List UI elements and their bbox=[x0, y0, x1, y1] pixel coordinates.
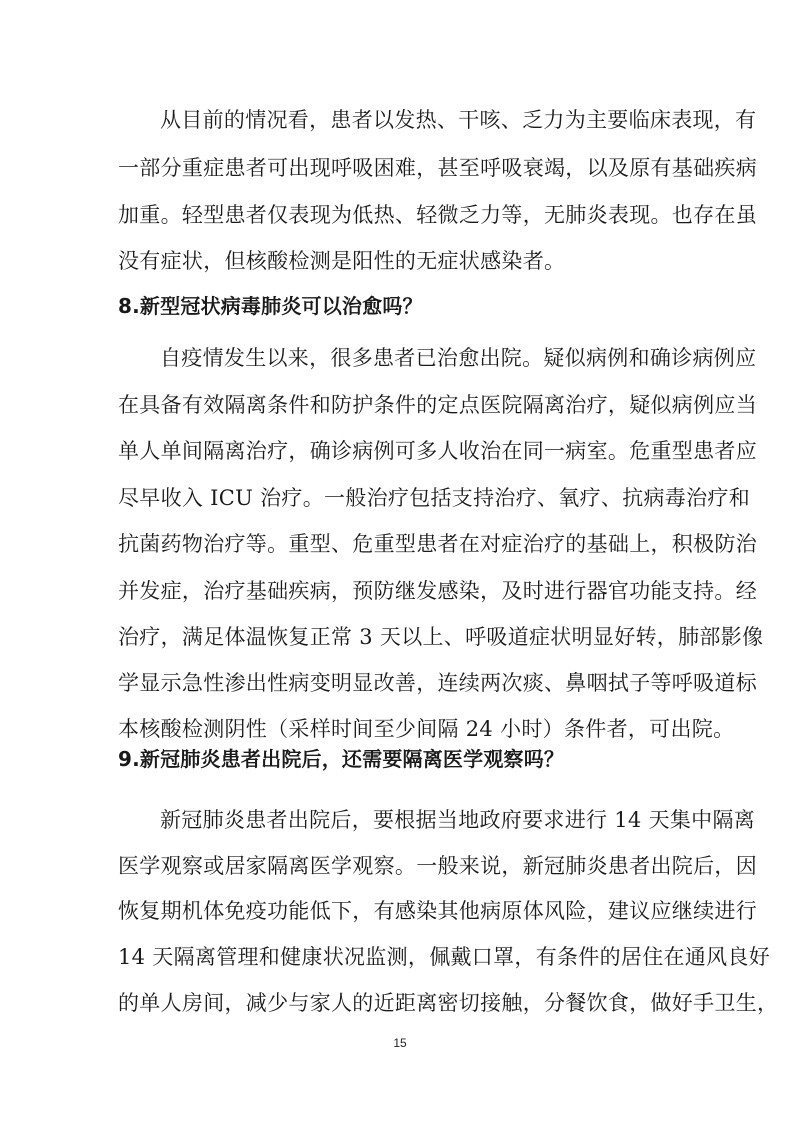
paragraph-3-line-4: 14 天隔离管理和健康状况监测，佩戴口罩，有条件的居住在通风良好 bbox=[118, 943, 770, 971]
paragraph-1-line-1: 从目前的情况看，患者以发热、干咳、乏力为主要临床表现，有 bbox=[160, 106, 756, 134]
paragraph-1-line-3: 加重。轻型患者仅表现为低热、轻微乏力等，无肺炎表现。也存在虽 bbox=[118, 201, 757, 229]
paragraph-2-line-5: 抗菌药物治疗等。重型、危重型患者在对症治疗的基础上，积极防治 bbox=[118, 530, 757, 558]
paragraph-2-line-6: 并发症，治疗基础疾病，预防继发感染，及时进行器官功能支持。经 bbox=[118, 577, 757, 605]
paragraph-3-line-1: 新冠肺炎患者出院后，要根据当地政府要求进行 14 天集中隔离 bbox=[160, 806, 755, 834]
page-number: 15 bbox=[0, 1036, 800, 1050]
section-heading-8: 8.新型冠状病毒肺炎可以治愈吗？ bbox=[118, 292, 423, 320]
paragraph-2-line-7: 治疗，满足体温恢复正常 3 天以上、呼吸道症状明显好转，肺部影像 bbox=[118, 623, 763, 651]
paragraph-3-line-2: 医学观察或居家隔离医学观察。一般来说，新冠肺炎患者出院后，因 bbox=[118, 852, 757, 880]
paragraph-2-line-8: 学显示急性渗出性病变明显改善，连续两次痰、鼻咽拭子等呼吸道标 bbox=[118, 669, 757, 697]
paragraph-3-line-3: 恢复期机体免疫功能低下，有感染其他病原体风险，建议应继续进行 bbox=[118, 897, 757, 925]
paragraph-2-line-3: 单人单间隔离治疗，确诊病例可多人收治在同一病室。危重型患者应 bbox=[118, 437, 757, 465]
paragraph-1-line-4: 没有症状，但核酸检测是阳性的无症状感染者。 bbox=[118, 247, 565, 275]
paragraph-1-line-2: 一部分重症患者可出现呼吸困难，甚至呼吸衰竭，以及原有基础疾病 bbox=[118, 154, 757, 182]
section-heading-9: 9.新冠肺炎患者出院后，还需要隔离医学观察吗？ bbox=[118, 745, 564, 773]
paragraph-2-line-4: 尽早收入 ICU 治疗。一般治疗包括支持治疗、氧疗、抗病毒治疗和 bbox=[118, 484, 750, 512]
paragraph-2-line-1: 自疫情发生以来，很多患者已治愈出院。疑似病例和确诊病例应 bbox=[160, 344, 756, 372]
paragraph-2-line-2: 在具备有效隔离条件和防护条件的定点医院隔离治疗，疑似病例应当 bbox=[118, 391, 757, 419]
paragraph-2-line-9: 本核酸检测阴性（采样时间至少间隔 24 小时）条件者，可出院。 bbox=[118, 715, 734, 743]
paragraph-3-line-5: 的单人房间，减少与家人的近距离密切接触，分餐饮食，做好手卫生， bbox=[118, 989, 778, 1017]
